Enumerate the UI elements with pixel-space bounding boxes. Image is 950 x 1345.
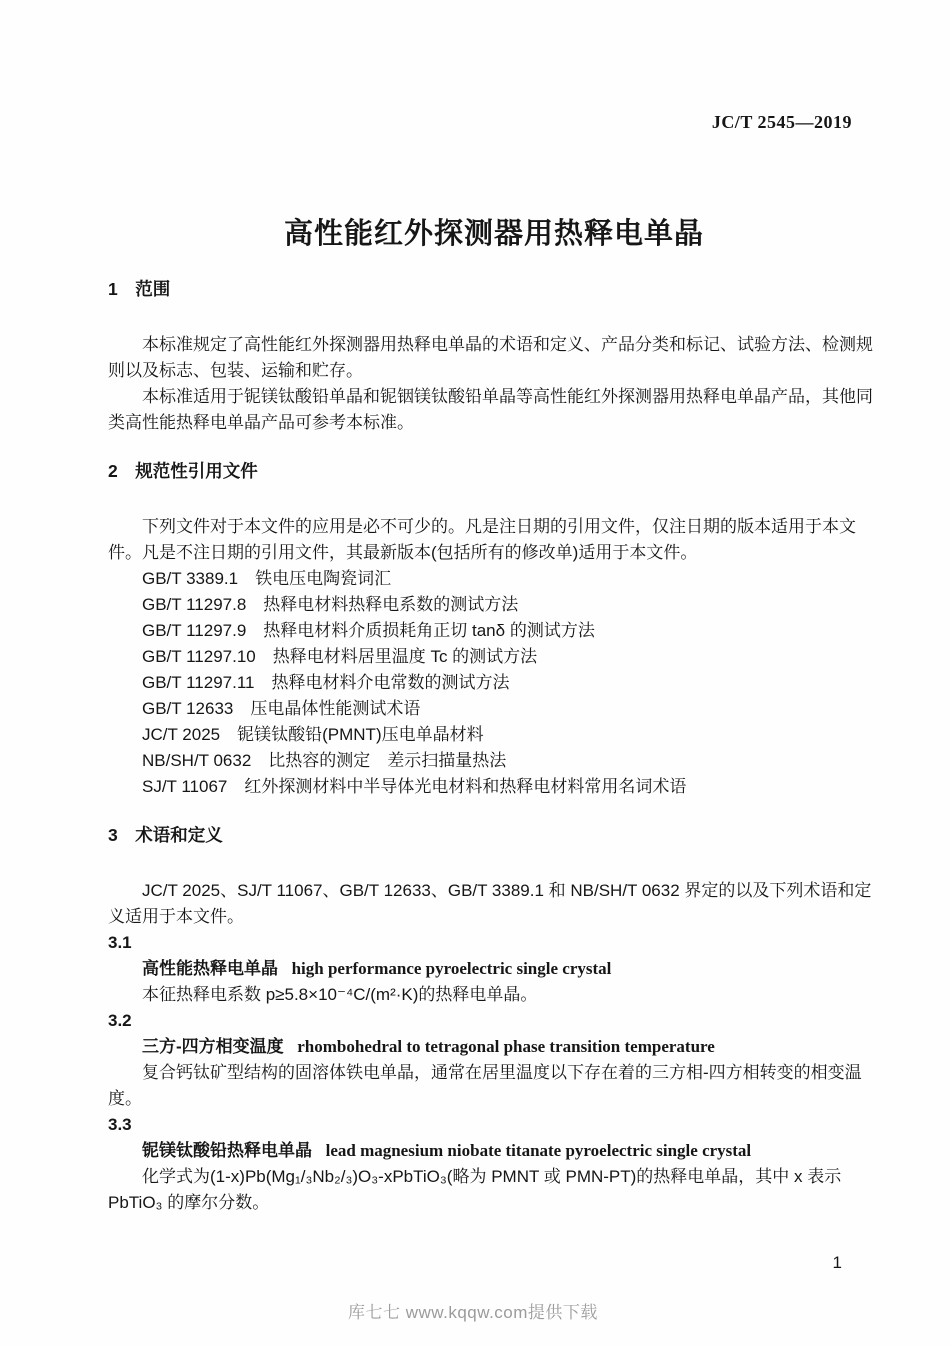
reference-item: SJ/T 11067 红外探测材料中半导体光电材料和热释电材料常用名词术语 xyxy=(142,774,880,800)
term-name-en: rhombohedral to tetragonal phase transit… xyxy=(297,1037,715,1056)
term-name-zh: 高性能热释电单晶 xyxy=(142,959,278,978)
term-definition: 本征热释电系数 p≥5.8×10⁻⁴C/(m²·K)的热释电单晶。 xyxy=(108,982,880,1008)
page-content: JC/T 2545—2019 高性能红外探测器用热释电单晶 1 范围 本标准规定… xyxy=(0,0,950,1216)
reference-item: JC/T 2025 铌镁钛酸铅(PMNT)压电单晶材料 xyxy=(142,722,880,748)
document-title: 高性能红外探测器用热释电单晶 xyxy=(108,214,880,254)
reference-item: GB/T 12633 压电晶体性能测试术语 xyxy=(142,696,880,722)
watermark: 库七七 www.kqqw.com提供下载 xyxy=(348,1302,598,1324)
terms-intro: JC/T 2025、SJ/T 11067、GB/T 12633、GB/T 338… xyxy=(108,878,880,930)
scope-paragraph-1: 本标准规定了高性能红外探测器用热释电单晶的术语和定义、产品分类和标记、试验方法、… xyxy=(108,332,880,384)
reference-item: GB/T 11297.11 热释电材料介电常数的测试方法 xyxy=(142,670,880,696)
term-entry-3-1: 3.1 高性能热释电单晶high performance pyroelectri… xyxy=(108,930,880,1008)
term-name-zh: 三方-四方相变温度 xyxy=(142,1037,284,1056)
reference-item: GB/T 11297.8 热释电材料热释电系数的测试方法 xyxy=(142,592,880,618)
scope-paragraph-2: 本标准适用于铌镁钛酸铅单晶和铌铟镁钛酸铅单晶等高性能红外探测器用热释电单晶产品，… xyxy=(108,384,880,436)
term-number: 3.3 xyxy=(108,1112,880,1138)
references-list: GB/T 3389.1 铁电压电陶瓷词汇 GB/T 11297.8 热释电材料热… xyxy=(108,566,880,800)
term-title: 三方-四方相变温度rhombohedral to tetragonal phas… xyxy=(142,1034,880,1060)
term-title: 铌镁钛酸铅热释电单晶lead magnesium niobate titanat… xyxy=(142,1138,880,1164)
reference-item: NB/SH/T 0632 比热容的测定 差示扫描量热法 xyxy=(142,748,880,774)
term-name-zh: 铌镁钛酸铅热释电单晶 xyxy=(142,1141,312,1160)
references-intro: 下列文件对于本文件的应用是必不可少的。凡是注日期的引用文件，仅注日期的版本适用于… xyxy=(108,514,880,566)
reference-item: GB/T 11297.10 热释电材料居里温度 Tc 的测试方法 xyxy=(142,644,880,670)
term-entry-3-3: 3.3 铌镁钛酸铅热释电单晶lead magnesium niobate tit… xyxy=(108,1112,880,1216)
term-title: 高性能热释电单晶high performance pyroelectric si… xyxy=(142,956,880,982)
term-name-en: high performance pyroelectric single cry… xyxy=(292,959,612,978)
term-definition: 化学式为(1-x)Pb(Mg₁/₃Nb₂/₃)O₃-xPbTiO₃(略为 PMN… xyxy=(108,1164,880,1216)
term-name-en: lead magnesium niobate titanate pyroelec… xyxy=(326,1141,752,1160)
term-entry-3-2: 3.2 三方-四方相变温度rhombohedral to tetragonal … xyxy=(108,1008,880,1112)
reference-item: GB/T 3389.1 铁电压电陶瓷词汇 xyxy=(142,566,880,592)
reference-item: GB/T 11297.9 热释电材料介质损耗角正切 tanδ 的测试方法 xyxy=(142,618,880,644)
section-1-heading: 1 范围 xyxy=(108,276,880,302)
section-3-heading: 3 术语和定义 xyxy=(108,822,880,848)
term-number: 3.1 xyxy=(108,930,880,956)
page-number: 1 xyxy=(833,1252,842,1274)
term-number: 3.2 xyxy=(108,1008,880,1034)
section-2-heading: 2 规范性引用文件 xyxy=(108,458,880,484)
term-definition: 复合钙钛矿型结构的固溶体铁电单晶，通常在居里温度以下存在着的三方相-四方相转变的… xyxy=(108,1060,880,1112)
document-page: JC/T 2545—2019 高性能红外探测器用热释电单晶 1 范围 本标准规定… xyxy=(0,0,950,1345)
standard-code: JC/T 2545—2019 xyxy=(108,112,880,132)
